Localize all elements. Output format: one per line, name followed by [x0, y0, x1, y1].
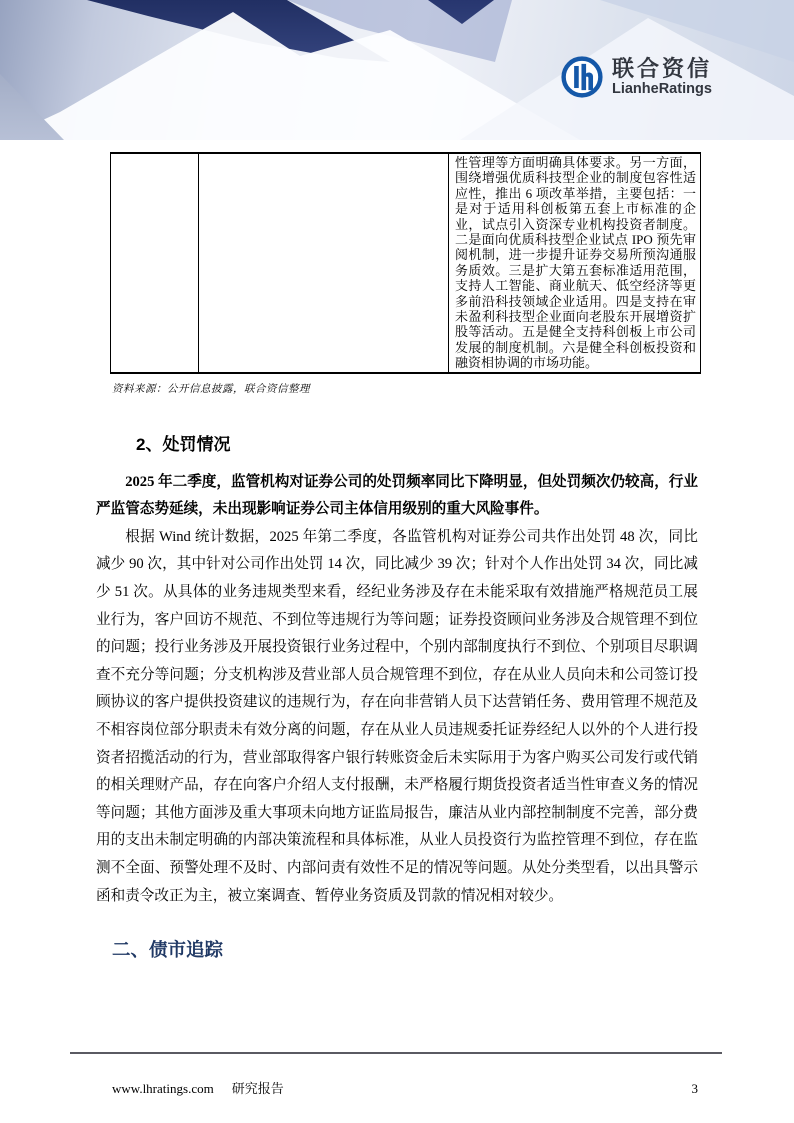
- document-content: 性管理等方面明确具体要求。另一方面，围绕增强优质科技型企业的制度包容性适应性，推…: [0, 152, 794, 962]
- table-cell-col2: [199, 153, 449, 373]
- footer-divider-line: [70, 1052, 722, 1054]
- section-heading-bond-market: 二、债市追踪: [112, 936, 698, 962]
- lianhe-logo-icon: [561, 56, 603, 98]
- brand-name-chinese: 联合资信: [612, 57, 712, 80]
- regulation-measures-table: 性管理等方面明确具体要求。另一方面，围绕增强优质科技型企业的制度包容性适应性，推…: [110, 152, 701, 374]
- table-cell-col3: 性管理等方面明确具体要求。另一方面，围绕增强优质科技型企业的制度包容性适应性，推…: [449, 153, 701, 373]
- table-row: 性管理等方面明确具体要求。另一方面，围绕增强优质科技型企业的制度包容性适应性，推…: [111, 153, 701, 373]
- logo-text-block: 联合资信 LianheRatings: [612, 57, 712, 97]
- footer-left-block: www.lhratings.com 研究报告: [112, 1078, 284, 1097]
- brand-name-english: LianheRatings: [612, 82, 712, 97]
- header-banner: 联合资信 LianheRatings: [0, 0, 794, 140]
- penalty-body-paragraph: 根据 Wind 统计数据，2025 年第二季度，各监管机构对证券公司共作出处罚 …: [96, 524, 698, 910]
- table-source-note: 资料来源：公开信息披露，联合资信整理: [112, 381, 698, 396]
- footer-doc-type: 研究报告: [232, 1078, 284, 1097]
- footer-page-number: 3: [692, 1081, 699, 1097]
- footer: www.lhratings.com 研究报告 3: [70, 1078, 722, 1097]
- penalty-lead-paragraph: 2025 年二季度，监管机构对证券公司的处罚频率同比下降明显，但处罚频次仍较高，…: [96, 469, 698, 524]
- footer-website: www.lhratings.com: [112, 1081, 214, 1097]
- table-cell-col1: [111, 153, 199, 373]
- lianhe-ratings-logo: 联合资信 LianheRatings: [561, 56, 712, 98]
- report-page: 联合资信 LianheRatings 性管理等方面明确具体要求。另一方面，围绕增…: [0, 0, 794, 1123]
- section-heading-penalties: 2、处罚情况: [136, 430, 698, 455]
